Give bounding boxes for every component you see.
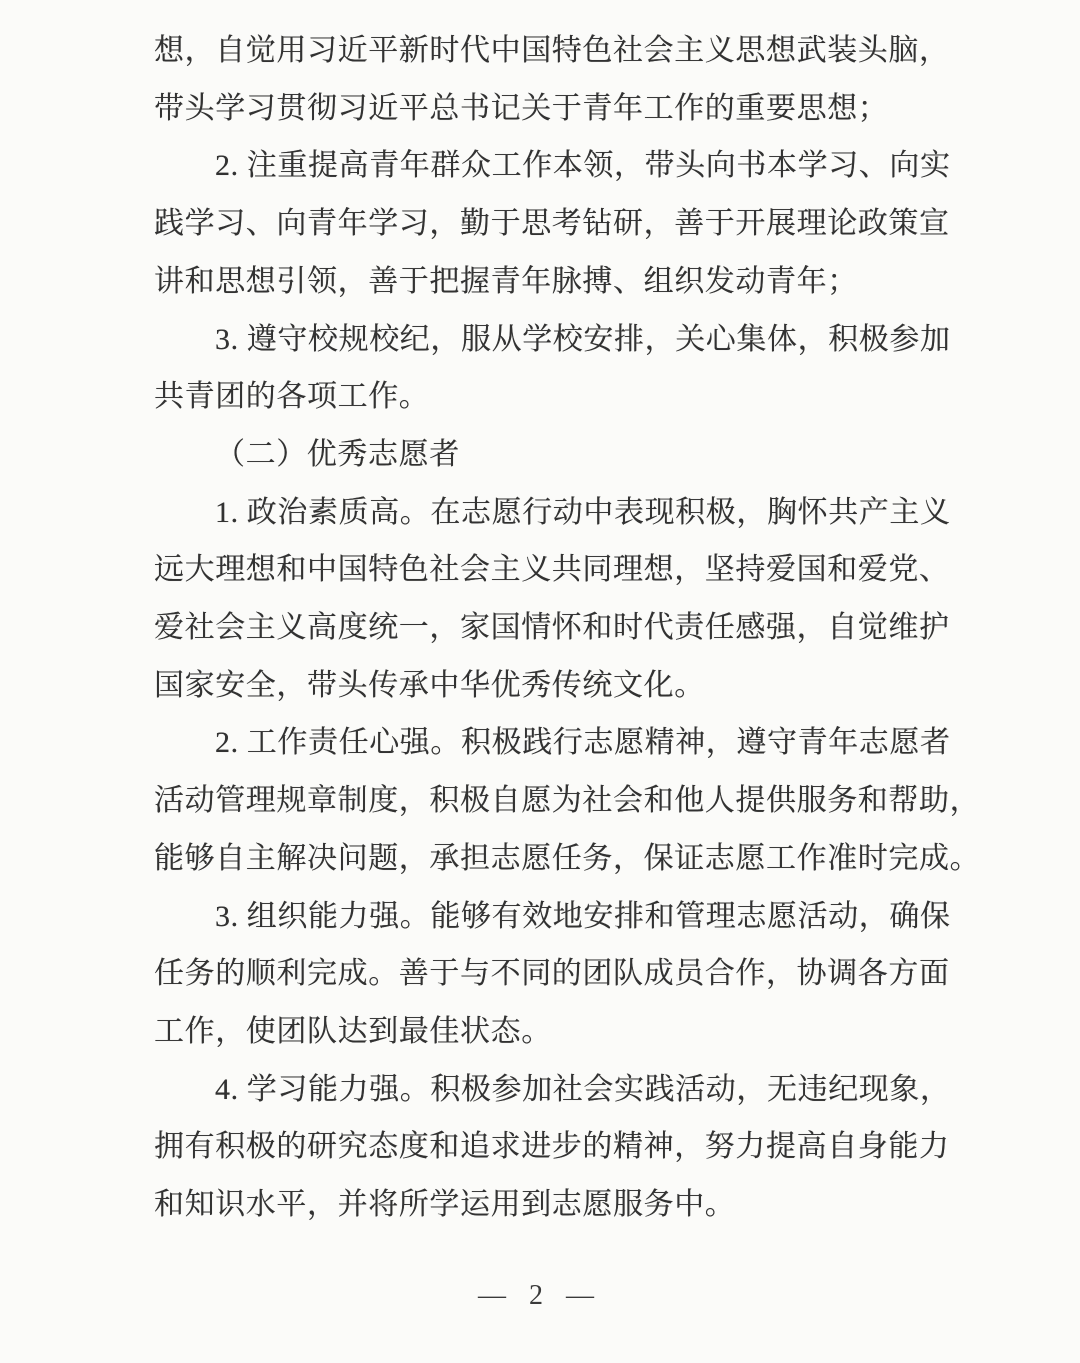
text-line: 国家安全，带头传承中华优秀传统文化。 [154,657,934,715]
page-footer: — 2 — [0,1280,1080,1312]
section-heading: （二）优秀志愿者 [154,426,934,484]
document-body: 想，自觉用习近平新时代中国特色社会主义思想武装头脑， 带头学习贯彻习近平总书记关… [154,22,934,1234]
text-line: 任务的顺利完成。善于与不同的团队成员合作，协调各方面 [154,945,934,1003]
text-line: 活动管理规章制度，积极自愿为社会和他人提供服务和帮助， [154,772,934,830]
text-line: 3. 组织能力强。能够有效地安排和管理志愿活动，确保 [154,888,934,946]
text-line: 2. 注重提高青年群众工作本领，带头向书本学习、向实 [154,137,934,195]
text-line: 4. 学习能力强。积极参加社会实践活动，无违纪现象， [154,1061,934,1119]
text-line: 和知识水平，并将所学运用到志愿服务中。 [154,1176,934,1234]
text-line: 爱社会主义高度统一，家国情怀和时代责任感强，自觉维护 [154,599,934,657]
text-line: 2. 工作责任心强。积极践行志愿精神，遵守青年志愿者 [154,714,934,772]
text-line: 工作，使团队达到最佳状态。 [154,1003,934,1061]
page-number: — 2 — [478,1280,602,1311]
text-line: 践学习、向青年学习，勤于思考钻研，善于开展理论政策宣 [154,195,934,253]
text-line: 1. 政治素质高。在志愿行动中表现积极，胸怀共产主义 [154,484,934,542]
text-line: 3. 遵守校规校纪，服从学校安排，关心集体，积极参加 [154,311,934,369]
text-line: 带头学习贯彻习近平总书记关于青年工作的重要思想； [154,80,934,138]
text-line: 能够自主解决问题，承担志愿任务，保证志愿工作准时完成。 [154,830,934,888]
text-line: 想，自觉用习近平新时代中国特色社会主义思想武装头脑， [154,22,934,80]
text-line: 远大理想和中国特色社会主义共同理想，坚持爱国和爱党、 [154,541,934,599]
text-line: 拥有积极的研究态度和追求进步的精神，努力提高自身能力 [154,1118,934,1176]
text-line: 讲和思想引领，善于把握青年脉搏、组织发动青年； [154,253,934,311]
text-line: 共青团的各项工作。 [154,368,934,426]
document-page: 想，自觉用习近平新时代中国特色社会主义思想武装头脑， 带头学习贯彻习近平总书记关… [0,0,1080,1363]
